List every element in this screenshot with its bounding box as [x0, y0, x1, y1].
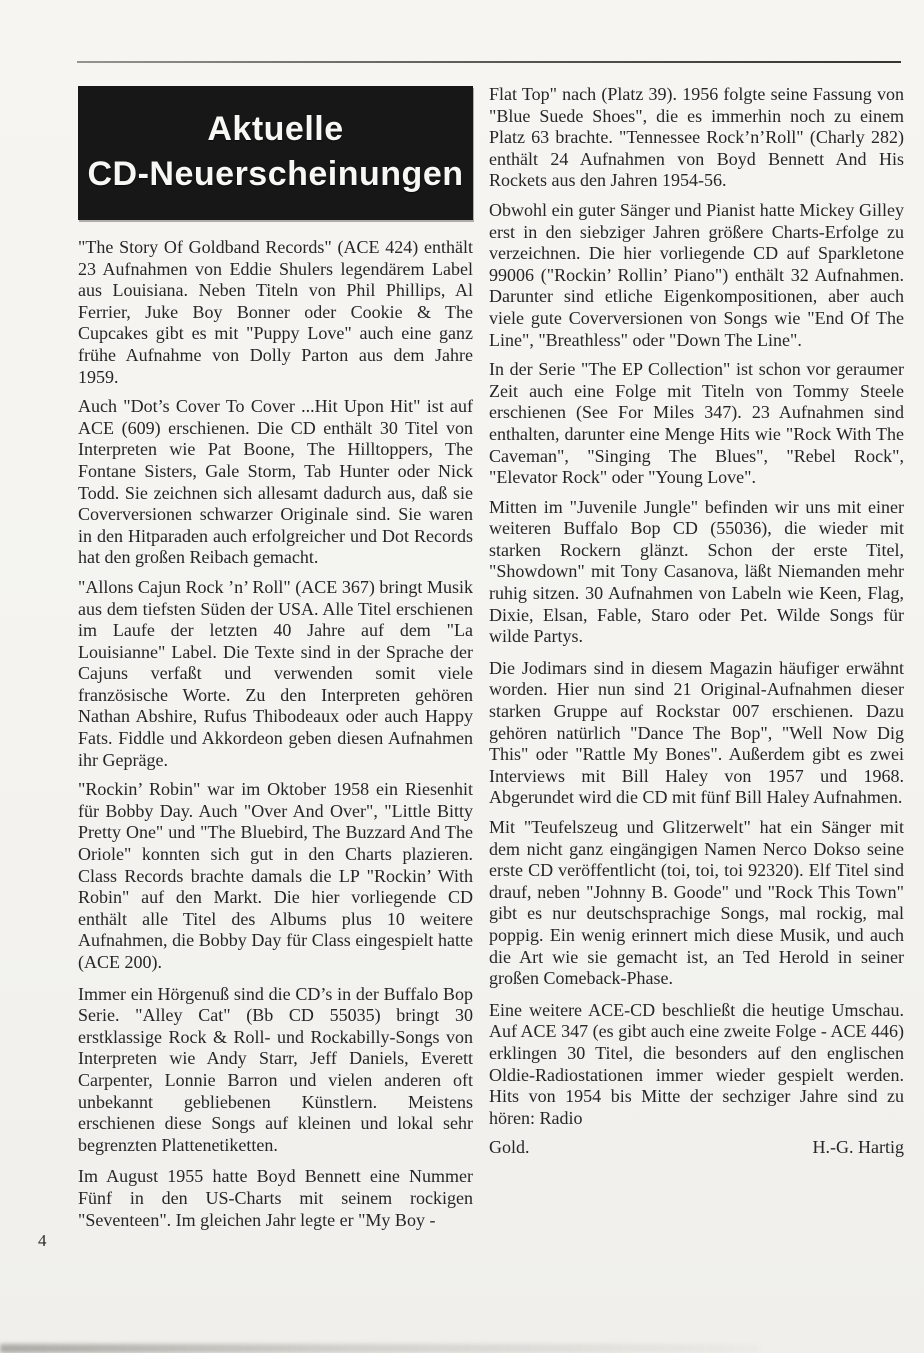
article-paragraph: Auch "Dot’s Cover To Cover ...Hit Upon H… [78, 396, 473, 569]
article-paragraph: "The Story Of Goldband Records" (ACE 424… [78, 237, 473, 388]
article-paragraph: Im August 1955 hatte Boyd Bennett eine N… [78, 1166, 473, 1231]
article-columns: Aktuelle CD-Neuerscheinungen "The Story … [78, 84, 904, 1239]
article-paragraph: Flat Top" nach (Platz 39). 1956 folgte s… [489, 84, 904, 192]
closing-byline-row: Gold. H.-G. Hartig [489, 1137, 904, 1159]
section-title-line1: Aktuelle [84, 107, 467, 152]
column-right: Flat Top" nach (Platz 39). 1956 folgte s… [489, 84, 904, 1239]
article-closing-paragraph: Eine weitere ACE-CD beschließt die heuti… [489, 1000, 904, 1130]
section-header-box: Aktuelle CD-Neuerscheinungen [78, 86, 473, 220]
article-paragraph: Die Jodimars sind in diesem Magazin häuf… [489, 658, 904, 809]
author-signature: H.-G. Hartig [813, 1137, 904, 1159]
column-left: Aktuelle CD-Neuerscheinungen "The Story … [78, 84, 473, 1239]
article-paragraph: "Rockin’ Robin" war im Oktober 1958 ein … [78, 779, 473, 973]
section-title-line2: CD-Neuerscheinungen [84, 152, 467, 197]
magazine-page: Aktuelle CD-Neuerscheinungen "The Story … [0, 0, 924, 1353]
page-number: 4 [38, 1231, 47, 1251]
closing-last-word: Gold. [489, 1137, 530, 1159]
article-paragraph: Mit "Teufelszeug und Glitzerwelt" hat ei… [489, 817, 904, 990]
scan-edge-shadow [0, 1344, 760, 1353]
article-paragraph: Immer ein Hörgenuß sind die CD’s in der … [78, 984, 473, 1157]
article-paragraph: Mitten im "Juvenile Jungle" befinden wir… [489, 497, 904, 648]
article-paragraph: Obwohl ein guter Sänger und Pianist hatt… [489, 200, 904, 351]
article-paragraph: "Allons Cajun Rock ’n’ Roll" (ACE 367) b… [78, 577, 473, 771]
top-divider-rule [77, 61, 901, 63]
article-paragraph: In der Serie "The EP Collection" ist sch… [489, 359, 904, 489]
